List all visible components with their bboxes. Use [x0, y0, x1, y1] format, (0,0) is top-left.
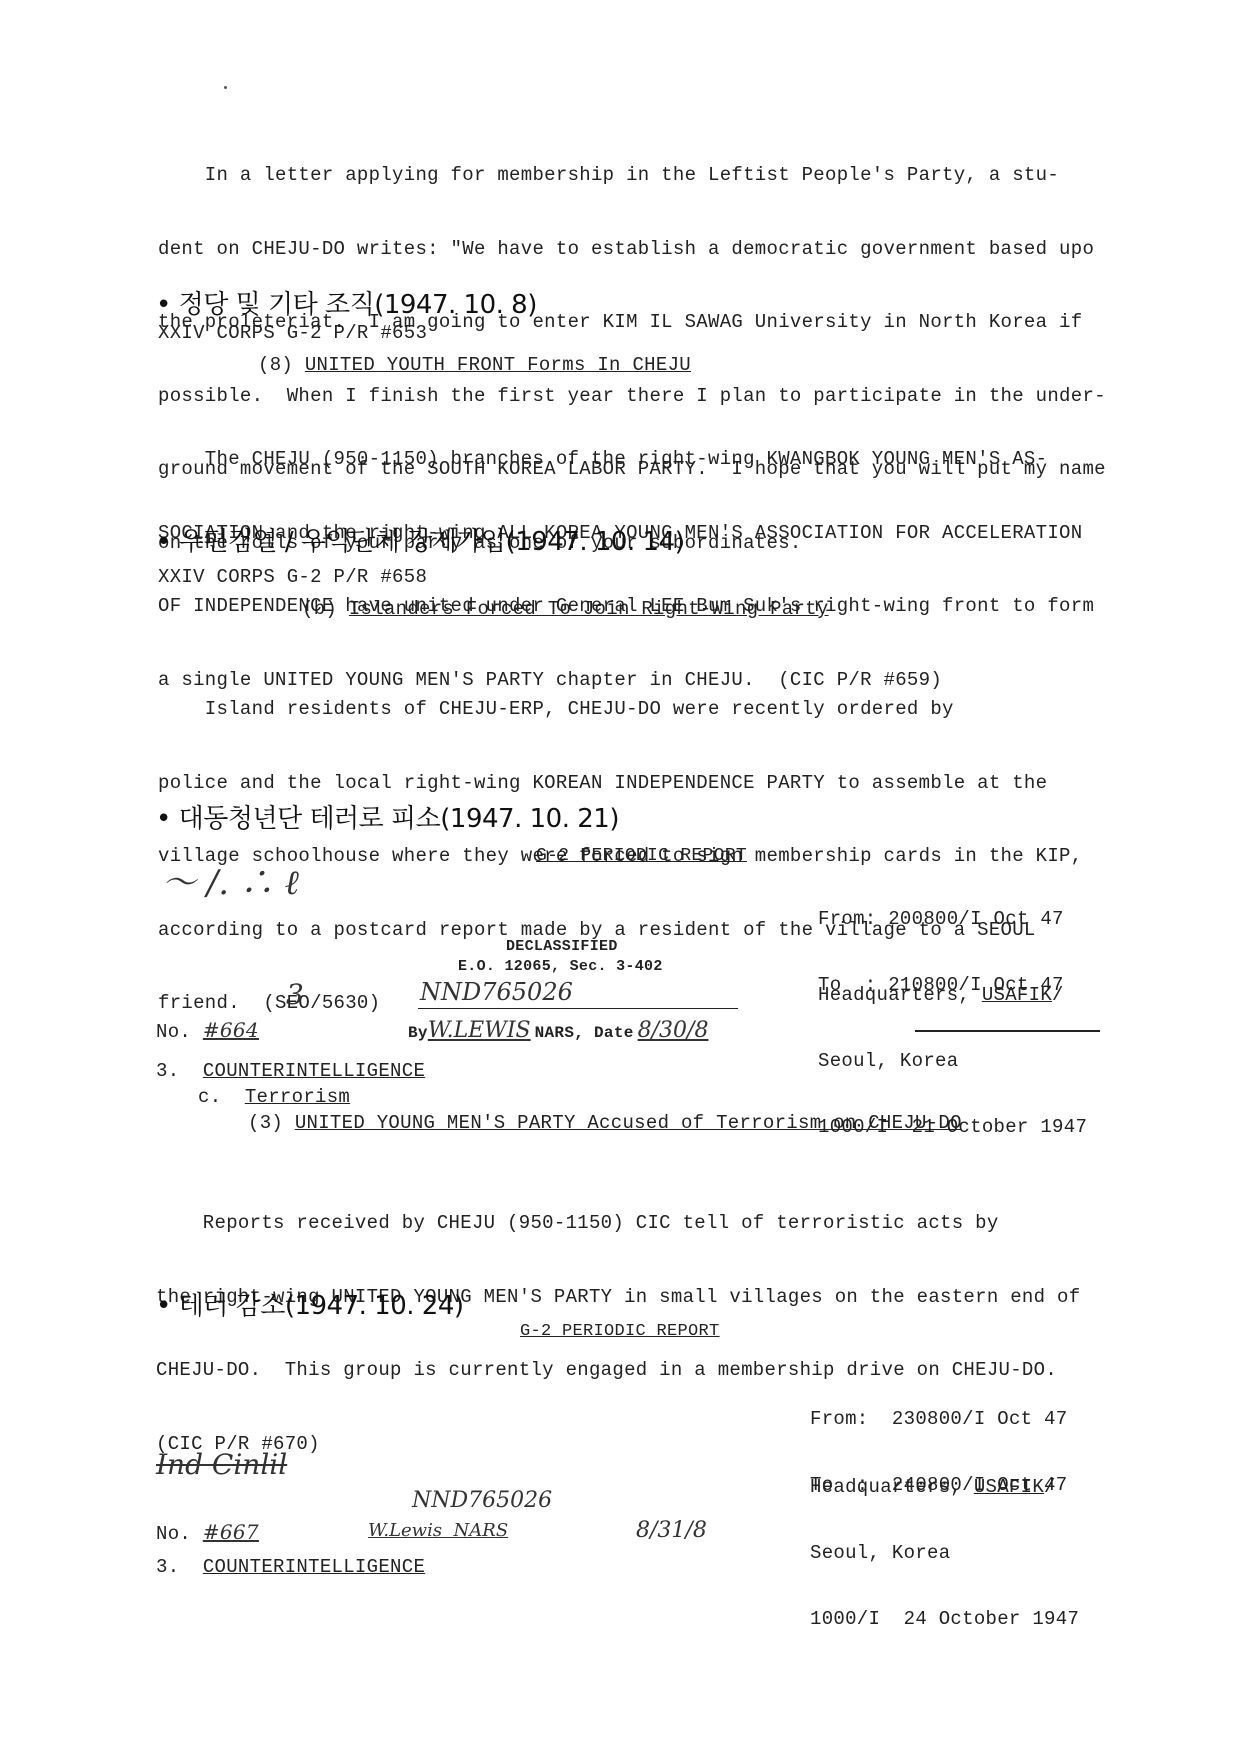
declass-signature-row: ByW.LEWIS NARS, Date 8/30/8	[408, 1018, 708, 1043]
report-number: No. #667	[156, 1520, 259, 1545]
body-line: Island residents of CHEJU-ERP, CHEJU-DO …	[158, 697, 1082, 722]
body-line: police and the local right-wing KOREAN I…	[158, 771, 1082, 796]
item-title: UNITED YOUTH FRONT Forms In CHEJU	[305, 354, 691, 376]
body-line: The CHEJU (950-1150) branches of the rig…	[158, 447, 1094, 472]
handwritten-signature: Ind Cinlil	[156, 1448, 287, 1481]
report-number: No. #664	[156, 1018, 259, 1043]
report-origin: Headquarters, USAFIK/ Seoul, Korea 1000/…	[810, 1432, 1079, 1652]
declass-date: 8/30/8	[638, 1018, 709, 1043]
subsection-title: Terrorism	[245, 1086, 350, 1108]
from-value: 230800/I Oct 47	[892, 1408, 1068, 1430]
subsection-heading: c. Terrorism	[198, 1086, 350, 1108]
scribble-line	[915, 1030, 1100, 1032]
section-heading-mail-censorship: • 우편검열 / 우익단체 강제가입(1947. 10. 14)	[156, 521, 684, 558]
declass-by: W.Lewis NARS	[368, 1520, 508, 1541]
section-heading-terror-accused: • 대동청년단 테러로 피소(1947. 10. 21)	[156, 798, 619, 835]
declass-by: W.LEWIS	[428, 1018, 531, 1043]
intro-line: dent on CHEJU-DO writes: "We have to est…	[158, 237, 1106, 262]
section-title: COUNTERINTELLIGENCE	[203, 1556, 425, 1578]
section-title: COUNTERINTELLIGENCE	[203, 1060, 425, 1082]
page-mark: 3	[286, 978, 304, 1011]
declass-number: NND765026	[420, 978, 573, 1006]
declass-authority: E.O. 12065, Sec. 3-402	[458, 958, 663, 975]
datetime: 1000/I 24 October 1947	[810, 1608, 1079, 1630]
report-title: G-2 PERIODIC REPORT	[536, 846, 747, 866]
hq-value: USAFIK	[982, 984, 1052, 1006]
handwritten-signature: 〜 ∕. ∴ ℓ	[162, 855, 299, 904]
hq-value: USAFIK	[974, 1476, 1044, 1498]
declass-date: 8/31/8	[636, 1518, 707, 1543]
source-reference: XXIV CORPS G-2 P/R #658	[158, 566, 427, 588]
item-title: UNITED YOUNG MEN'S PARTY Accused of Terr…	[295, 1112, 962, 1134]
location: Seoul, Korea	[818, 1050, 1087, 1072]
report-title: G-2 PERIODIC REPORT	[520, 1322, 720, 1341]
item-label: (b)	[302, 598, 337, 620]
from-row: From: 230800/I Oct 47	[810, 1408, 1067, 1430]
declass-title: DECLASSIFIED	[506, 938, 618, 955]
from-row: From: 200800/I Oct 47	[818, 908, 1064, 930]
item-label: (8)	[258, 354, 293, 376]
hq-row: Headquarters, USAFIK/	[818, 984, 1087, 1006]
section-heading-terror-decrease: • 테러 감소(1947. 10. 24)	[156, 1285, 464, 1322]
item-label: (3)	[248, 1112, 283, 1134]
declass-number: NND765026	[412, 1488, 552, 1513]
hq-row: Headquarters, USAFIK/	[810, 1476, 1079, 1498]
source-reference: XXIV CORPS G-2 P/R #653	[158, 322, 427, 344]
body-line: Reports received by CHEJU (950-1150) CIC…	[156, 1211, 1080, 1236]
item-title: Islanders Forced To Join Right-Wing Part…	[349, 598, 829, 620]
from-value: 200800/I Oct 47	[888, 908, 1064, 930]
section-number-heading: 3. COUNTERINTELLIGENCE	[156, 1556, 425, 1578]
item-heading: (3) UNITED YOUNG MEN'S PARTY Accused of …	[248, 1112, 962, 1134]
item-heading: (8) UNITED YOUTH FRONT Forms In CHEJU	[258, 354, 691, 376]
scan-speck	[224, 86, 227, 89]
intro-line: In a letter applying for membership in t…	[158, 163, 1106, 188]
declass-underline	[418, 1008, 738, 1009]
section-heading-party-organizations: • 정당 및 기타 조직(1947. 10. 8)	[156, 284, 537, 321]
section-number-heading: 3. COUNTERINTELLIGENCE	[156, 1060, 425, 1082]
location: Seoul, Korea	[810, 1542, 1079, 1564]
item-heading: (b) Islanders Forced To Join Right-Wing …	[302, 598, 829, 620]
